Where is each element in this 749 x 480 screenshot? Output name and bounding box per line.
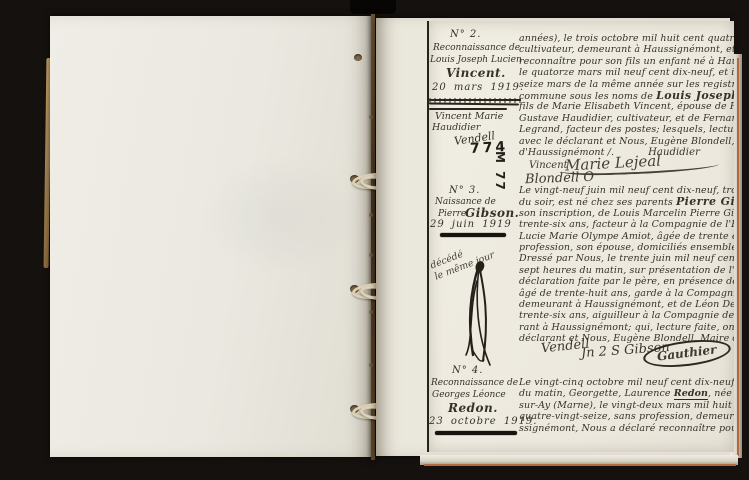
text-segment: trente-six ans, aiguilleur à la Compagni…	[519, 310, 734, 321]
text-segment: reconnaître pour son fils un enfant né à…	[519, 56, 734, 67]
text-line: trente-six ans, aiguilleur à la Compagni…	[519, 310, 734, 321]
text-line: du soir, est né chez ses parents Pierre …	[519, 196, 734, 207]
text-line: quatre-vingt-seize, sans profession, dem…	[519, 411, 734, 422]
text-segment: avec le déclarant et Nous, Eugène Blonde…	[519, 136, 734, 147]
entry-surname: Redon.	[448, 401, 498, 415]
text-line: rant à Haussignémont; qui, lecture faite…	[519, 322, 734, 333]
text-segment: , née à Mareuil-	[708, 388, 734, 399]
text-segment: Dressé par Nous, le trente juin mil neuf…	[519, 253, 734, 264]
page-stack-edge-line	[737, 58, 739, 456]
register-photo: N° 2. Reconnaissance de Louis Joseph Luc…	[427, 21, 734, 452]
entry-number: N° 4.	[452, 365, 483, 376]
text-segment: déclaration faite par le père, en présen…	[519, 276, 734, 287]
text-segment: sur-Ay (Marne), le vingt-deux mars mil h…	[519, 400, 734, 411]
ink-redaction-bar	[435, 431, 517, 435]
binding-clamp	[350, 0, 396, 14]
entry-number: N° 2.	[450, 29, 481, 40]
text-segment: seize mars de la même année sur les regi…	[519, 79, 734, 90]
act-1-text: années), le trois octobre mil huit cent …	[519, 33, 734, 158]
text-segment: Le vingt-neuf juin mil neuf cent dix-neu…	[519, 185, 734, 196]
book-gutter	[371, 14, 375, 460]
margin-signature: Vincent Marie	[435, 111, 503, 122]
text-line: Gustave Haudidier, cultivateur, et de Fe…	[519, 113, 734, 124]
text-line: reconnaître pour son fils un enfant né à…	[519, 56, 734, 67]
entry-type: Reconnaissance de	[431, 378, 518, 388]
stitch-hole	[369, 253, 373, 257]
left-blank-page	[50, 16, 372, 457]
text-line: années), le trois octobre mil huit cent …	[519, 33, 734, 44]
text-segment: Redon	[674, 388, 708, 399]
text-segment: Gustave Haudidier, cultivateur, et de Fe…	[519, 113, 734, 124]
signature-circled: Gauthier	[643, 341, 731, 366]
text-segment: du soir, est né chez ses parents	[519, 197, 676, 207]
entry-date: 29 juin 1919	[430, 219, 512, 230]
text-segment: Legrand, facteur des postes; lesquels, l…	[519, 124, 734, 135]
entry-number: N° 3.	[449, 185, 480, 196]
stitch-hole	[369, 363, 373, 367]
text-line: cultivateur, demeurant à Haussignémont, …	[519, 44, 734, 55]
side-number-stamp: M 77	[493, 151, 507, 192]
ink-flourish-scribble	[450, 259, 508, 369]
text-segment: Lucie Marie Olympe Amiot, âgée de trente…	[519, 231, 734, 242]
text-segment: quatre-vingt-seize, sans profession, dem…	[519, 411, 734, 422]
text-segment: Louis Joseph Lucien,	[656, 90, 734, 101]
text-segment: demeurant à Haussignémont, et de Léon De…	[519, 299, 734, 310]
text-line: fils de Marie Elisabeth Vincent, épouse …	[519, 101, 734, 112]
entry-person: Louis Joseph Lucien	[430, 55, 522, 65]
text-segment: profession, son épouse, domiciliés ensem…	[519, 242, 734, 253]
text-line: avec le déclarant et Nous, Eugène Blonde…	[519, 136, 734, 147]
strike-line	[429, 99, 521, 101]
entry-date: 20 mars 1919.	[432, 82, 524, 93]
act-3-text: Le vingt-cinq octobre mil neuf cent dix-…	[519, 377, 734, 434]
text-line: commune sous les noms de Louis Joseph Lu…	[519, 90, 734, 101]
text-segment: trente-six ans, facteur à la Compagnie d…	[519, 219, 734, 230]
strike-line	[429, 103, 519, 106]
text-line: le quatorze mars mil neuf cent dix-neuf,…	[519, 67, 734, 78]
page-stack-edge-line	[424, 464, 736, 466]
ink-ghosting	[200, 156, 360, 276]
text-segment: âgé de trente-huit ans, garde à la Compa…	[519, 288, 734, 299]
text-line: Le vingt-cinq octobre mil neuf cent dix-…	[519, 377, 734, 388]
act-2-text: Le vingt-neuf juin mil neuf cent dix-neu…	[519, 185, 734, 344]
entry-surname: Gibson.	[465, 206, 519, 220]
entry-type: Reconnaissance de	[433, 43, 520, 53]
text-line: Legrand, facteur des postes; lesquels, l…	[519, 124, 734, 135]
text-line: Le vingt-neuf juin mil neuf cent dix-neu…	[519, 185, 734, 196]
entry-surname: Vincent.	[446, 66, 506, 80]
text-segment: commune sous les noms de	[519, 91, 656, 101]
text-line: seize mars de la même année sur les regi…	[519, 79, 734, 90]
text-line: sur-Ay (Marne), le vingt-deux mars mil h…	[519, 400, 734, 411]
text-line: trente-six ans, facteur à la Compagnie d…	[519, 219, 734, 230]
text-segment: ssignémont, Nous a déclaré reconnaître p…	[519, 423, 734, 434]
text-line: Lucie Marie Olympe Amiot, âgée de trente…	[519, 231, 734, 242]
stitch-hole	[369, 115, 373, 119]
text-line: profession, son épouse, domiciliés ensem…	[519, 242, 734, 253]
text-segment: rant à Haussignémont; qui, lecture faite…	[519, 322, 734, 333]
text-line: son inscription, de Louis Marcelin Pierr…	[519, 208, 734, 219]
entry-person: Georges Léonce	[432, 390, 506, 400]
text-line: sept heures du matin, sur présentation d…	[519, 265, 734, 276]
binding-hole	[354, 54, 362, 61]
text-line: ssignémont, Nous a déclaré reconnaître p…	[519, 423, 734, 434]
entry-person: Pierre	[438, 209, 466, 219]
stitch-hole	[369, 213, 373, 217]
stitch-hole	[369, 310, 373, 314]
text-line: déclaration faite par le père, en présen…	[519, 276, 734, 287]
text-segment: Pierre Gibson,	[676, 196, 734, 207]
ink-redaction-bar	[440, 233, 506, 237]
text-segment: Le vingt-cinq octobre mil neuf cent dix-…	[519, 377, 734, 388]
signature: Gauthier	[642, 336, 732, 371]
text-segment: le quatorze mars mil neuf cent dix-neuf,…	[519, 67, 734, 78]
text-line: du matin, Georgette, Laurence Redon, née…	[519, 388, 734, 399]
text-segment: fils de Marie Elisabeth Vincent, épouse …	[519, 101, 734, 112]
text-segment: son inscription, de Louis Marcelin Pierr…	[519, 208, 734, 219]
strike-line	[429, 108, 507, 110]
register-scan: N° 2. Reconnaissance de Louis Joseph Luc…	[0, 0, 749, 480]
text-line: Dressé par Nous, le trente juin mil neuf…	[519, 253, 734, 264]
text-segment: du matin, Georgette, Laurence	[519, 388, 674, 399]
text-segment: sept heures du matin, sur présentation d…	[519, 265, 734, 276]
text-line: demeurant à Haussignémont, et de Léon De…	[519, 299, 734, 310]
text-segment: années), le trois octobre mil huit cent …	[519, 33, 734, 44]
text-line: âgé de trente-huit ans, garde à la Compa…	[519, 288, 734, 299]
text-segment: cultivateur, demeurant à Haussignémont, …	[519, 44, 734, 55]
